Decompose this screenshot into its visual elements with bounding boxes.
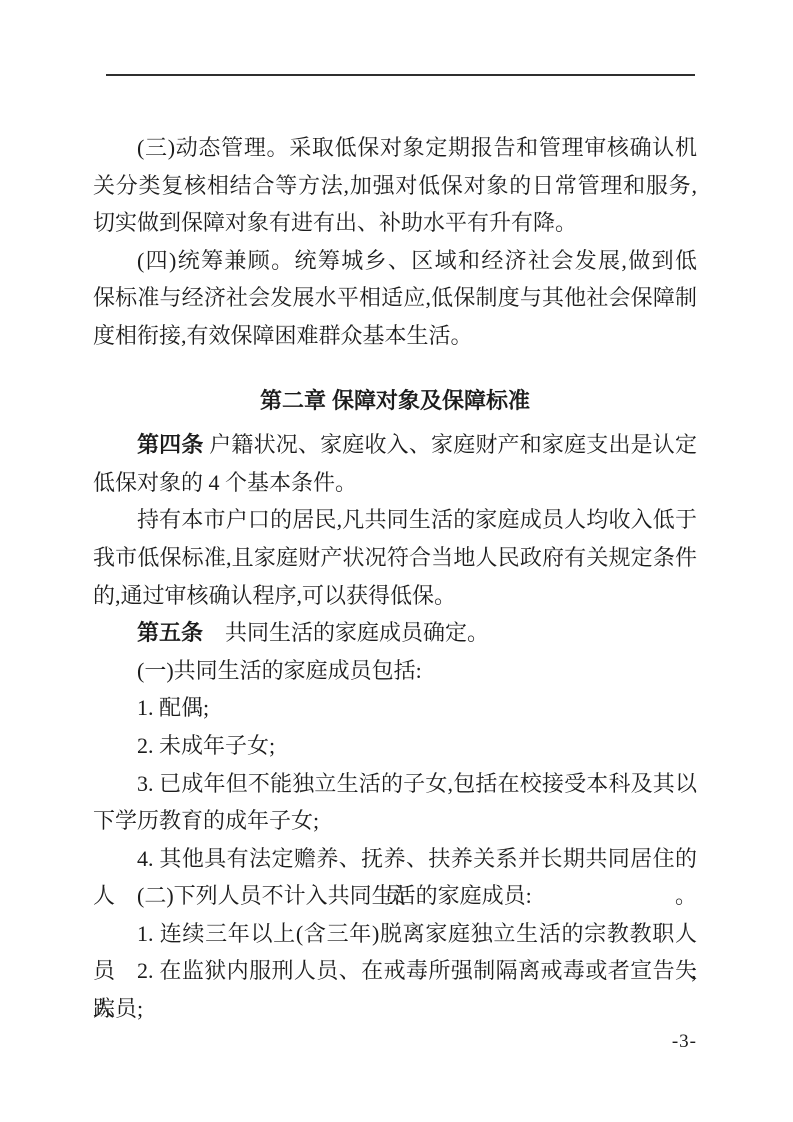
text-line: 保标准与经济社会发展水平相适应,低保制度与其他社会保障制 (93, 279, 697, 317)
header-rule (106, 74, 695, 76)
text-line: 3. 已成年但不能独立生活的子女,包括在校接受本科及其以 (93, 765, 697, 803)
text-line: (三)动态管理。采取低保对象定期报告和管理审核确认机 (93, 129, 697, 167)
text-line: 1. 连续三年以上(含三年)脱离家庭独立生活的宗教教职人员; (93, 915, 697, 953)
page-number: -3- (672, 1031, 697, 1053)
text-line: 我市低保标准,且家庭财产状况符合当地人民政府有关规定条件 (93, 539, 697, 577)
chapter-heading: 第二章 保障对象及保障标准 (93, 382, 697, 420)
document-page: (三)动态管理。采取低保对象定期报告和管理审核确认机关分类复核相结合等方法,加强… (0, 0, 793, 1122)
text-line: (四)统筹兼顾。统筹城乡、区域和经济社会发展,做到低 (93, 242, 697, 280)
article-number-term: 第五条 (137, 620, 203, 645)
text-line: 度相衔接,有效保障困难群众基本生活。 (93, 317, 697, 355)
article-number-term: 第四条 (137, 432, 204, 457)
text-line: 关分类复核相结合等方法,加强对低保对象的日常管理和服务, (93, 167, 697, 205)
document-body: (三)动态管理。采取低保对象定期报告和管理审核确认机关分类复核相结合等方法,加强… (93, 129, 697, 1028)
text-line: 1. 配偶; (93, 689, 697, 727)
text-line: 人员; (93, 990, 697, 1028)
text-line: 2. 未成年子女; (93, 727, 697, 765)
text-line: 切实做到保障对象有进有出、补助水平有升有降。 (93, 204, 697, 242)
text-line: 第四条 户籍状况、家庭收入、家庭财产和家庭支出是认定 (93, 426, 697, 464)
text-line: 的,通过审核确认程序,可以获得低保。 (93, 577, 697, 615)
text-line: 下学历教育的成年子女; (93, 802, 697, 840)
text-line: (一)共同生活的家庭成员包括: (93, 652, 697, 690)
text-line: 持有本市户口的居民,凡共同生活的家庭成员人均收入低于 (93, 501, 697, 539)
text-line: 2. 在监狱内服刑人员、在戒毒所强制隔离戒毒或者宣告失踪 (93, 952, 697, 990)
text-line: 第五条 共同生活的家庭成员确定。 (93, 614, 697, 652)
text-line: 4. 其他具有法定赡养、抚养、扶养关系并长期共同居住的人员。 (93, 840, 697, 878)
text-line: 低保对象的 4 个基本条件。 (93, 464, 697, 502)
